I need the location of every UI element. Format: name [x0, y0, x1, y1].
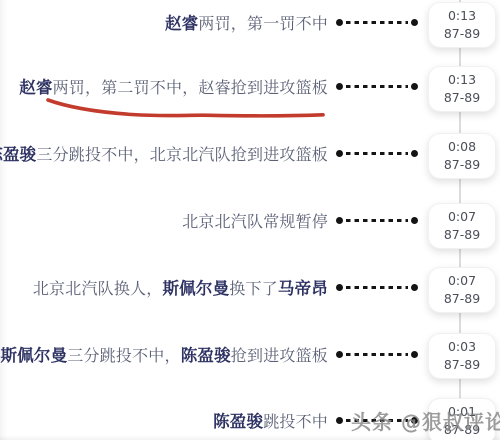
connector-dash-line — [346, 286, 408, 289]
event-row: 陈盈骏三分跳投不中，北京北汽队抢到进攻篮板 — [0, 140, 418, 166]
time-score-box: 0:03 87-89 — [428, 333, 496, 379]
connector-dot-right-icon — [411, 83, 418, 90]
connector-dot-right-icon — [411, 217, 418, 224]
player-name: 赵睿 — [165, 14, 198, 33]
connector-dash-line — [346, 219, 408, 222]
dotted-connector — [336, 284, 418, 291]
score: 87-89 — [444, 156, 480, 174]
player-name: 陈盈骏 — [213, 412, 263, 431]
game-clock: 0:07 — [448, 272, 476, 290]
dotted-connector — [336, 83, 418, 90]
event-description: 北京北汽队换人， — [33, 279, 163, 298]
connector-dot-left-icon — [336, 284, 343, 291]
score: 87-89 — [444, 356, 480, 374]
event-description: 三分跳投不中， — [67, 346, 180, 365]
event-row: 斯佩尔曼三分跳投不中，陈盈骏抢到进攻篮板 — [0, 341, 418, 367]
event-description: 北京北汽队常规暂停 — [182, 212, 328, 231]
event-text: 斯佩尔曼三分跳投不中，陈盈骏抢到进攻篮板 — [0, 342, 328, 366]
connector-dash-line — [346, 85, 408, 88]
dotted-connector — [336, 150, 418, 157]
connector-dot-left-icon — [336, 351, 343, 358]
player-name: 赵睿 — [19, 78, 52, 97]
event-description: 两罚，第一罚不中 — [198, 14, 328, 33]
time-score-box: 0:13 87-89 — [428, 2, 496, 48]
dotted-connector — [336, 217, 418, 224]
player-name: 斯佩尔曼 — [0, 346, 67, 365]
score: 87-89 — [444, 226, 480, 244]
event-row: 北京北汽队常规暂停 — [0, 207, 418, 233]
game-clock: 0:13 — [448, 7, 476, 25]
event-row: 北京北汽队换人，斯佩尔曼换下了马帝昂 — [0, 274, 418, 300]
event-description: 三分跳投不中，北京北汽队抢到进攻篮板 — [36, 145, 328, 164]
connector-dot-left-icon — [336, 417, 343, 424]
score: 87-89 — [444, 25, 480, 43]
connector-dot-left-icon — [336, 83, 343, 90]
event-text: 赵睿两罚，第一罚不中 — [165, 10, 328, 34]
connector-dot-right-icon — [411, 150, 418, 157]
connector-dot-right-icon — [411, 284, 418, 291]
event-text: 陈盈骏跳投不中 — [213, 408, 328, 432]
score: 87-89 — [444, 89, 480, 107]
event-description: 抢到进攻篮板 — [231, 346, 328, 365]
game-clock: 0:03 — [448, 338, 476, 356]
connector-dot-right-icon — [411, 351, 418, 358]
player-name: 陈盈骏 — [0, 145, 36, 164]
connector-dot-right-icon — [411, 19, 418, 26]
dotted-connector — [336, 351, 418, 358]
game-clock: 0:13 — [448, 71, 476, 89]
event-row: 赵睿两罚，第二罚不中，赵睿抢到进攻篮板 — [0, 73, 418, 99]
game-clock: 0:07 — [448, 208, 476, 226]
play-by-play-timeline: 赵睿两罚，第一罚不中 赵睿两罚，第二罚不中，赵睿抢到进攻篮板 陈盈骏三分跳投不中… — [0, 0, 500, 440]
player-name: 陈盈骏 — [181, 346, 231, 365]
event-row: 赵睿两罚，第一罚不中 — [0, 9, 418, 35]
time-score-box: 0:08 87-89 — [428, 133, 496, 179]
connector-dash-line — [346, 21, 408, 24]
event-description: 换下了 — [229, 279, 278, 298]
game-clock: 0:08 — [448, 138, 476, 156]
dotted-connector — [336, 19, 418, 26]
event-text: 北京北汽队常规暂停 — [182, 209, 328, 232]
time-score-box: 0:07 87-89 — [428, 203, 496, 249]
event-text: 北京北汽队换人，斯佩尔曼换下了马帝昂 — [33, 275, 328, 299]
event-text: 赵睿两罚，第二罚不中，赵睿抢到进攻篮板 — [19, 74, 328, 98]
time-score-box: 0:07 87-89 — [428, 267, 496, 313]
connector-dash-line — [346, 353, 408, 356]
connector-dot-left-icon — [336, 19, 343, 26]
connector-dash-line — [346, 152, 408, 155]
event-text: 陈盈骏三分跳投不中，北京北汽队抢到进攻篮板 — [0, 141, 328, 165]
watermark: 头条 @狠叔评论 — [351, 406, 500, 435]
score: 87-89 — [444, 290, 480, 308]
event-description: 两罚，第二罚不中，赵睿抢到进攻篮板 — [53, 78, 328, 97]
connector-dot-left-icon — [336, 150, 343, 157]
connector-dot-left-icon — [336, 217, 343, 224]
event-description: 跳投不中 — [263, 412, 328, 431]
player-name: 斯佩尔曼 — [162, 279, 229, 298]
time-score-box: 0:13 87-89 — [428, 66, 496, 112]
player-name: 马帝昂 — [278, 279, 328, 298]
